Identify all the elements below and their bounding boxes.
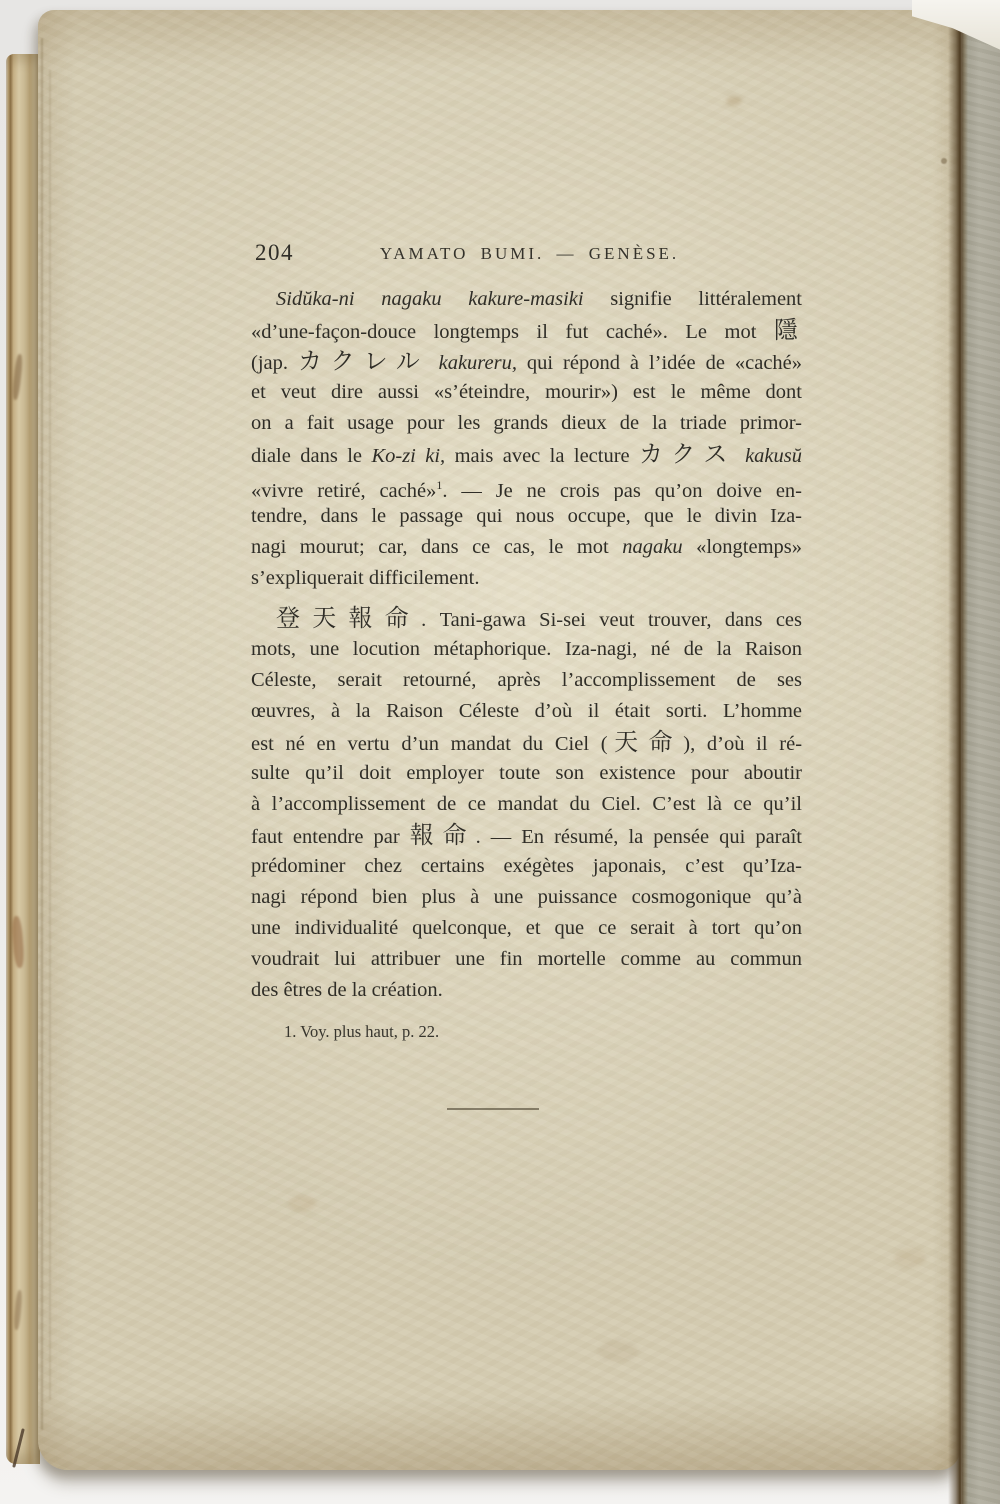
page-stack-left-edge — [6, 54, 40, 1464]
text-line: «vivre retiré, caché»1. — Je ne crois pa… — [251, 470, 802, 501]
foxing-spot — [726, 96, 742, 106]
text-line: Sidŭka-ni nagaku kakure-masiki signifie … — [251, 284, 802, 315]
foxing-spot — [288, 1196, 316, 1212]
text-line: tendre, dans le passage qui nous occupe,… — [251, 501, 802, 532]
text-line: sulte qu’il doit employer toute son exis… — [251, 758, 802, 789]
page-edge-stain — [11, 916, 25, 969]
text-line: est né en vertu d’un mandat du Ciel (天命)… — [251, 727, 802, 758]
gutter-shadow — [948, 4, 968, 1504]
text-line: diale dans le Ko-zi ki, mais avec la lec… — [251, 439, 802, 470]
text-line: Céleste, serait retourné, après l’accomp… — [251, 665, 802, 696]
text-line: (jap. カクレル kakureru, qui répond à l’idée… — [251, 346, 802, 377]
text-line: 登天報命. Tani-gawa Si-sei veut trouver, dan… — [251, 603, 802, 634]
separator-rule — [447, 1108, 539, 1110]
text-block: Sidŭka-ni nagaku kakure-masiki signifie … — [251, 284, 802, 1006]
text-line: s’expliquerait difficilement. — [251, 563, 802, 594]
text-line: «d’une-façon-douce longtemps il fut cach… — [251, 315, 802, 346]
text-line: on a fait usage pour les grands dieux de… — [251, 408, 802, 439]
text-line: faut entendre par 報命. — En résumé, la pe… — [251, 820, 802, 851]
text-line: des êtres de la création. — [251, 975, 802, 1006]
page-crease — [49, 70, 51, 1400]
page-crease — [41, 38, 43, 1430]
text-line: voudrait lui attribuer une fin mortelle … — [251, 944, 802, 975]
foxing-spot — [894, 1248, 926, 1268]
text-line: nagi mourut; car, dans ce cas, le mot na… — [251, 532, 802, 563]
paragraph: Sidŭka-ni nagaku kakure-masiki signifie … — [251, 284, 802, 594]
running-header: YAMATO BUMI. — GENÈSE. — [255, 244, 804, 264]
text-line: mots, une locution métaphorique. Iza-nag… — [251, 634, 802, 665]
text-line: nagi répond bien plus à une puissance co… — [251, 882, 802, 913]
page-edge-notch — [13, 1290, 22, 1330]
paragraph: 登天報命. Tani-gawa Si-sei veut trouver, dan… — [251, 603, 802, 1006]
text-line: œuvres, à la Raison Céleste d’où il étai… — [251, 696, 802, 727]
text-line: une individualité quelconque, et que ce … — [251, 913, 802, 944]
page-edge-notch — [12, 354, 24, 400]
text-line: et veut dire aussi «s’éteindre, mourir»)… — [251, 377, 802, 408]
text-line: à l’accomplissement de ce mandat du Ciel… — [251, 789, 802, 820]
foxing-spot — [598, 1340, 638, 1362]
text-line: prédominer chez certains exégètes japona… — [251, 851, 802, 882]
book-page: 204 YAMATO BUMI. — GENÈSE. Sidŭka-ni nag… — [38, 10, 960, 1470]
ink-fleck — [941, 158, 947, 164]
page-header-row: 204 YAMATO BUMI. — GENÈSE. — [255, 240, 804, 270]
footnote: 1. Voy. plus haut, p. 22. — [251, 1022, 802, 1042]
